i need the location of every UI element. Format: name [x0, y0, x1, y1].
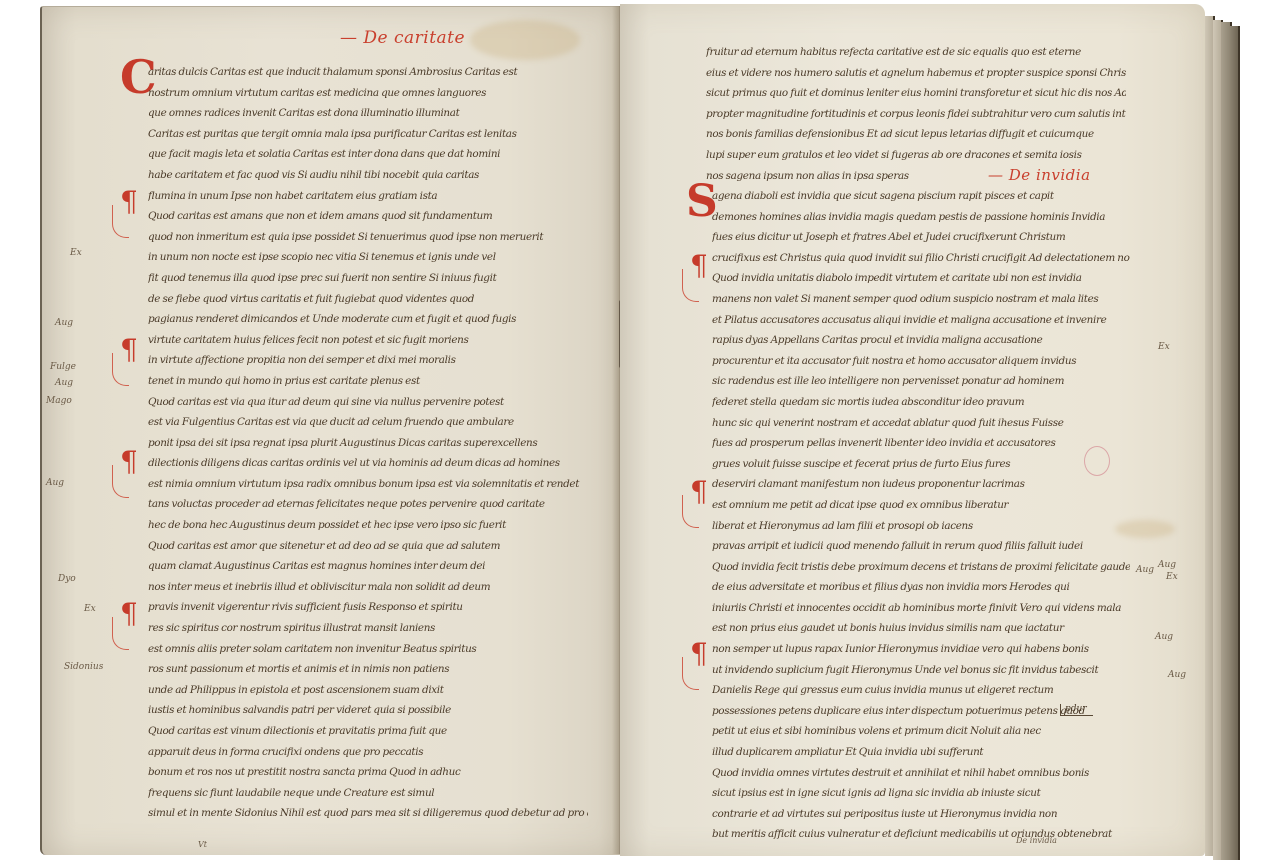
paragraph-mark-flourish [112, 353, 129, 386]
marginal-note: Ex [1158, 342, 1170, 352]
text-line: in virtute affectione propitia non dei s… [148, 350, 588, 371]
text-line: ponit ipsa dei sit ipsa regnat ipsa plur… [148, 433, 588, 454]
text-line: propter magnitudine fortitudinis et corp… [706, 104, 1126, 125]
text-line: rapius dyas Appellans Caritas procul et … [712, 330, 1130, 351]
text-line: Quod invidia omnes virtutes destruit et … [712, 763, 1130, 784]
text-line: simul et in mente Sidonius Nihil est quo… [148, 803, 588, 824]
page-edges [1205, 12, 1241, 852]
text-line: Quod caritas est vinum dilectionis et pr… [148, 721, 588, 742]
text-line: est omnis aliis preter solam caritatem n… [148, 639, 588, 660]
text-line: fues ad prosperum pellas invenerit liben… [712, 433, 1130, 454]
text-line: flumina in unum Ipse non habet caritatem… [148, 186, 588, 207]
text-line: ros sunt passionum et mortis et animis e… [148, 659, 588, 680]
text-line: aritas dulcis Caritas est que inducit th… [148, 62, 588, 83]
text-line: but meritis afficit cuius vulneratur et … [712, 824, 1130, 845]
text-line: pravis invenit vigerentur rivis sufficie… [148, 597, 588, 618]
text-line: quod non inmeritum est quia ipse posside… [148, 227, 588, 248]
text-line: Quod caritas est amans que non et idem a… [148, 206, 588, 227]
marginal-note: Fulge [50, 362, 76, 372]
left-footer-catchword: Vt [198, 840, 207, 849]
right-section-rubric: De invidia [988, 166, 1091, 184]
paragraph-mark-flourish [112, 617, 129, 650]
text-line: fues eius dicitur ut Joseph et fratres A… [712, 227, 1130, 248]
text-line: non semper ut lupus rapax Iunior Hierony… [712, 639, 1130, 660]
text-line: pravas arripit et iudicii quod menendo f… [712, 536, 1130, 557]
text-line: nos bonis familias defensionibus Et ad s… [706, 124, 1126, 145]
text-line: nostrum omnium virtutum caritas est medi… [148, 83, 588, 104]
text-line: frequens sic fiunt laudabile neque unde … [148, 783, 588, 804]
marginal-note: Mago [46, 396, 72, 406]
right-footer-note: De invidia [1016, 836, 1057, 845]
marginal-note: Ex [70, 248, 82, 258]
text-line: iniuriis Christi et innocentes occidit a… [712, 598, 1130, 619]
text-line: fit quod tenemus illa quod ipse prec sui… [148, 268, 588, 289]
text-line: liberat et Hieronymus ad lam filii et pr… [712, 516, 1130, 537]
right-page-text-top: fruitur ad eternum habitus refecta carit… [706, 42, 1126, 186]
faint-red-initial-circle [1084, 446, 1110, 476]
text-line: de se fiebe quod virtus caritatis et fui… [148, 289, 588, 310]
text-line: deserviri clamant manifestum non iudeus … [712, 474, 1130, 495]
text-line: hunc sic qui venerint nostram et accedat… [712, 413, 1130, 434]
paragraph-mark-flourish [112, 465, 129, 498]
text-line: fruitur ad eternum habitus refecta carit… [706, 42, 1126, 63]
paragraph-mark-flourish [682, 269, 699, 302]
marginal-note: Sidonius [64, 662, 103, 672]
text-line: hec de bona hec Augustinus deum possidet… [148, 515, 588, 536]
text-line: sic radendus est ille leo intelligere no… [712, 371, 1130, 392]
marginal-note: Aug [55, 318, 73, 328]
text-line: quam clamat Augustinus Caritas est magnu… [148, 556, 588, 577]
text-line: Caritas est puritas que tergit omnia mal… [148, 124, 588, 145]
marginal-note: Aug [1155, 632, 1173, 642]
text-line: sicut ipsius est in igne sicut ignis ad … [712, 783, 1130, 804]
text-line: pagianus renderet dimicandos et Unde mod… [148, 309, 588, 330]
text-line: est via Fulgentius Caritas est via que d… [148, 412, 588, 433]
text-line: est nimia omnium virtutum ipsa radix omn… [148, 474, 588, 495]
text-line: apparuit deus in forma crucifixi ondens … [148, 742, 588, 763]
text-line: contrarie et ad virtutes sui peripositus… [712, 804, 1130, 825]
text-line: ut invidendo suplicium fugit Hieronymus … [712, 660, 1130, 681]
text-line: et Pilatus accusatores accusatus aliqui … [712, 310, 1130, 331]
text-line: est non prius eius gaudet ut bonis huius… [712, 618, 1130, 639]
text-line: Quod caritas est via qua itur ad deum qu… [148, 392, 588, 413]
text-line: Quod invidia unitatis diabolo impedit vi… [712, 268, 1130, 289]
text-line: lupi super eum gratulos et leo videt si … [706, 145, 1126, 166]
marginal-note: Aug [1168, 670, 1186, 680]
text-line: crucifixus est Christus quia quod invidi… [712, 248, 1130, 269]
marginal-note: Aug [55, 378, 73, 388]
text-line: res sic spiritus cor nostrum spiritus il… [148, 618, 588, 639]
text-line: nos inter meus et inebriis illud et obli… [148, 577, 588, 598]
text-line: eius et videre nos humero salutis et agn… [706, 63, 1126, 84]
text-line: tans voluctas proceder ad eternas felici… [148, 494, 588, 515]
marginal-note: Ex [1166, 572, 1178, 582]
text-line: federet stella quedam sic mortis iudea a… [712, 392, 1130, 413]
marginal-note: Aug [46, 478, 64, 488]
marginal-note: Ex [84, 604, 96, 614]
text-line: in unum non nocte est ipse scopio nec vi… [148, 247, 588, 268]
text-line: dilectionis diligens dicas caritas ordin… [148, 453, 588, 474]
paragraph-mark-flourish [682, 495, 699, 528]
text-line: demones homines alias invidia magis qued… [712, 207, 1130, 228]
text-line: petit ut eius et sibi hominibus volens e… [712, 721, 1130, 742]
text-line: est omnium me petit ad dicat ipse quod e… [712, 495, 1130, 516]
text-line: que omnes radices invenit Caritas est do… [148, 103, 588, 124]
left-page-text: aritas dulcis Caritas est que inducit th… [148, 62, 588, 824]
text-line: grues voluit fuisse suscipe et fecerat p… [712, 454, 1130, 475]
text-line: agena diaboli est invidia que sicut sage… [712, 186, 1130, 207]
text-line: bonum et ros nos ut prestitit nostra san… [148, 762, 588, 783]
paragraph-mark-flourish [112, 205, 129, 238]
marginal-note: Aug [1158, 560, 1176, 570]
text-line: Quod caritas est amor que sitenetur et a… [148, 536, 588, 557]
text-line: Danielis Rege qui gressus eum cuius invi… [712, 680, 1130, 701]
open-manuscript: De caritate C aritas dulcis Caritas est … [0, 0, 1280, 860]
text-line: que facit magis leta et solatia Caritas … [148, 144, 588, 165]
text-line: virtute caritatem huius felices fecit no… [148, 330, 588, 351]
parchment-stain [470, 20, 580, 60]
paragraph-mark-flourish [682, 657, 699, 690]
text-line: procurentur et ita accusator fuit nostra… [712, 351, 1130, 372]
left-page-header-rubric: De caritate [340, 28, 465, 48]
text-line: Quod invidia fecit tristis debe proximum… [712, 557, 1130, 578]
text-line: unde ad Philippus in epistola et post as… [148, 680, 588, 701]
text-line: sicut primus quo fuit et dominus leniter… [706, 83, 1126, 104]
marginal-note: Dyo [58, 574, 76, 584]
right-page-text-main: agena diaboli est invidia que sicut sage… [712, 186, 1130, 845]
text-line: iustis et hominibus salvandis patri per … [148, 700, 588, 721]
text-line: de eius adversitate et moribus et filius… [712, 577, 1130, 598]
catchword: pdur [1060, 704, 1093, 716]
text-line: tenet in mundo qui homo in prius est car… [148, 371, 588, 392]
text-line: illud duplicarem ampliatur Et Quia invid… [712, 742, 1130, 763]
marginal-note: Aug [1136, 565, 1154, 575]
text-line: habe caritatem et fac quod vis Si audiu … [148, 165, 588, 186]
text-line: manens non valet Si manent semper quod o… [712, 289, 1130, 310]
page-edge [1230, 26, 1240, 860]
